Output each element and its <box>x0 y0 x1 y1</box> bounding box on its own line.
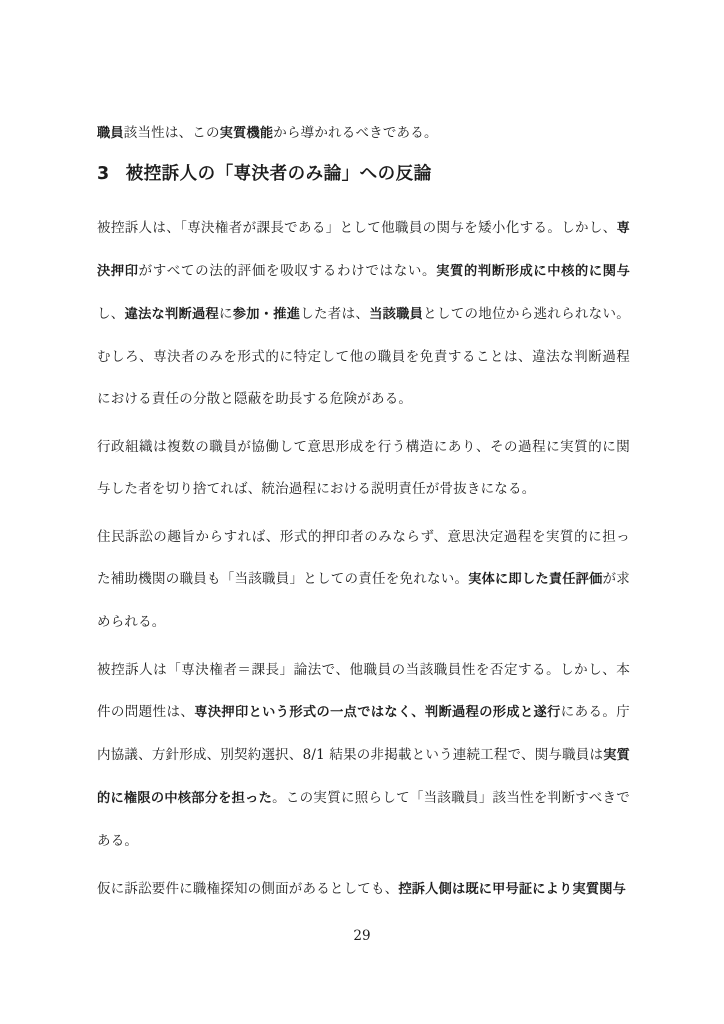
text-run: した者は、 <box>300 306 369 322</box>
text-run: 該当性は、この <box>124 125 220 141</box>
intro-paragraph: 職員該当性は、この実質機能から導かれるべきである。 <box>97 112 630 155</box>
paragraph-list: 被控訴人は、「専決権者が課長である」として他職員の関与を矮小化する。しかし、専決… <box>97 207 630 911</box>
bold-text-run: 控訴人側は既に甲号証により実質関与 <box>398 882 626 897</box>
bold-text-run: 実質的判断形成に中核的に関与 <box>436 264 630 279</box>
text-run: 行政組織は複数の職員が協働して意思形成を行う構造にあり、その過程に実質的に関与し… <box>97 439 630 497</box>
bold-text-run: 違法な判断過程 <box>125 307 219 322</box>
bold-text-run: 職員 <box>97 126 124 141</box>
text-run: がすべての法的評価を吸収するわけではない。 <box>139 263 437 279</box>
section-title: 被控訴人の「専決者のみ論」への反論 <box>126 164 432 184</box>
bold-text-run: 専決押印という形式の一点ではなく、判断過程の形成と遂行 <box>194 705 560 720</box>
bold-text-run: 当該職員 <box>369 307 423 322</box>
text-run: し、 <box>97 306 125 322</box>
text-run: 仮に訴訟要件に職権探知の側面があるとしても、 <box>97 881 398 897</box>
text-run: 被控訴人は、「専決権者が課長である」として他職員の関与を矮小化する。しかし、 <box>97 220 617 236</box>
section-heading: 3被控訴人の「専決者のみ論」への反論 <box>97 159 630 189</box>
bold-text-run: 実質機能 <box>220 126 274 141</box>
page-number: 29 <box>0 928 724 944</box>
body-paragraph: 被控訴人は、「専決権者が課長である」として他職員の関与を矮小化する。しかし、専決… <box>97 207 630 420</box>
document-page: 職員該当性は、この実質機能から導かれるべきである。 3被控訴人の「専決者のみ論」… <box>0 0 724 1024</box>
text-run: に <box>219 306 233 322</box>
text-run: から導かれるべきである。 <box>273 125 437 141</box>
section-number: 3 <box>97 164 110 184</box>
bold-text-run: 実体に即した責任評価 <box>468 572 602 587</box>
body-paragraph: 被控訴人は「専決権者＝課長」論法で、他職員の当該職員性を否定する。しかし、本件の… <box>97 649 630 862</box>
body-paragraph: 住民訴訟の趣旨からすれば、形式的押印者のみならず、意思決定過程を実質的に担った補… <box>97 516 630 643</box>
body-paragraph: 行政組織は複数の職員が協働して意思形成を行う構造にあり、その過程に実質的に関与し… <box>97 426 630 510</box>
body-paragraph: 仮に訴訟要件に職権探知の側面があるとしても、控訴人側は既に甲号証により実質関与 <box>97 868 630 911</box>
bold-text-run: 参加・推進 <box>233 307 300 322</box>
